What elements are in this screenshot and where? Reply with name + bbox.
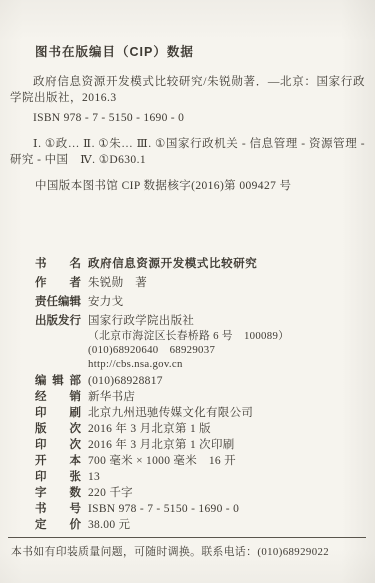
colophon-row-distributor: 经销 新华书店 bbox=[35, 390, 365, 405]
colophon-row-edition: 版次 2016 年 3 月北京第 1 版 bbox=[35, 422, 365, 437]
publisher-details: 国家行政学院出版社 （北京市海淀区长春桥路 6 号 100089） (010)6… bbox=[88, 313, 289, 371]
label-word-count: 字数 bbox=[35, 486, 81, 501]
value-format: 700 毫米 × 1000 毫米 16 开 bbox=[88, 454, 236, 469]
label-format: 开本 bbox=[35, 454, 81, 469]
label-printer: 印刷 bbox=[35, 406, 81, 421]
value-isbn: ISBN 978 - 7 - 5150 - 1690 - 0 bbox=[88, 502, 239, 517]
value-word-count: 220 千字 bbox=[88, 486, 133, 501]
value-sheets: 13 bbox=[88, 470, 100, 485]
cip-entry: 政府信息资源开发模式比较研究/朱锐勋著．—北京：国家行政学院出版社，2016.3 bbox=[10, 74, 365, 106]
colophon-row-author: 作者 朱锐勋 著 bbox=[35, 275, 365, 291]
publisher-phones: (010)68920640 68929037 bbox=[88, 343, 289, 357]
cip-data-block: 图书在版编目（CIP）数据 政府信息资源开发模式比较研究/朱锐勋著．—北京：国家… bbox=[10, 42, 365, 194]
value-price: 38.00 元 bbox=[88, 518, 130, 533]
publisher-url: http://cbs.nsa.gov.cn bbox=[88, 357, 289, 371]
colophon-row-price: 定价 38.00 元 bbox=[35, 518, 365, 533]
colophon-row-editorial-dept: 编辑部 (010)68928817 bbox=[35, 374, 365, 389]
quality-notice: 本书如有印装质量问题，可随时调换。联系电话：(010)68929022 bbox=[11, 544, 365, 559]
label-impression: 印次 bbox=[35, 438, 81, 453]
colophon-table: 书名 政府信息资源开发模式比较研究 作者 朱锐勋 著 责任编辑 安力戈 出版发行… bbox=[35, 256, 365, 533]
value-impression: 2016 年 3 月北京第 1 次印刷 bbox=[88, 438, 235, 453]
colophon-row-printer: 印刷 北京九州迅驰传媒文化有限公司 bbox=[35, 406, 365, 421]
label-isbn: 书号 bbox=[35, 502, 81, 517]
scanned-page: 图书在版编目（CIP）数据 政府信息资源开发模式比较研究/朱锐勋著．—北京：国家… bbox=[0, 0, 375, 583]
colophon-row-publisher: 出版发行 国家行政学院出版社 （北京市海淀区长春桥路 6 号 100089） (… bbox=[35, 313, 365, 371]
colophon-row-word-count: 字数 220 千字 bbox=[35, 486, 365, 501]
label-edition: 版次 bbox=[35, 422, 81, 437]
cip-record-number: 中国版本图书馆 CIP 数据核字(2016)第 009427 号 bbox=[35, 178, 365, 194]
value-editorial-dept: (010)68928817 bbox=[88, 374, 163, 389]
publisher-address: （北京市海淀区长春桥路 6 号 100089） bbox=[88, 329, 289, 343]
divider-line bbox=[8, 537, 366, 538]
label-sheets: 印张 bbox=[35, 470, 81, 485]
colophon-row-editor: 责任编辑 安力戈 bbox=[35, 294, 365, 310]
label-publisher: 出版发行 bbox=[35, 313, 81, 329]
value-printer: 北京九州迅驰传媒文化有限公司 bbox=[88, 406, 253, 421]
colophon-row-format: 开本 700 毫米 × 1000 毫米 16 开 bbox=[35, 454, 365, 469]
label-price: 定价 bbox=[35, 518, 81, 533]
label-editor: 责任编辑 bbox=[35, 294, 81, 310]
label-distributor: 经销 bbox=[35, 390, 81, 405]
colophon-row-impression: 印次 2016 年 3 月北京第 1 次印刷 bbox=[35, 438, 365, 453]
value-editor: 安力戈 bbox=[88, 294, 123, 310]
colophon-row-sheets: 印张 13 bbox=[35, 470, 365, 485]
value-publisher: 国家行政学院出版社 bbox=[88, 313, 289, 329]
cip-classification: Ⅰ. ①政… Ⅱ. ①朱… Ⅲ. ①国家行政机关 - 信息管理 - 资源管理 -… bbox=[10, 136, 365, 168]
colophon-row-isbn: 书号 ISBN 978 - 7 - 5150 - 1690 - 0 bbox=[35, 502, 365, 517]
label-author: 作者 bbox=[35, 275, 81, 291]
cip-heading: 图书在版编目（CIP）数据 bbox=[35, 42, 365, 60]
label-book-title: 书名 bbox=[35, 256, 81, 272]
value-author: 朱锐勋 著 bbox=[88, 275, 147, 291]
colophon-row-book-title: 书名 政府信息资源开发模式比较研究 bbox=[35, 256, 365, 272]
book-copyright-page: { "colors": { "page_bg": "#f6f4ee", "ink… bbox=[0, 0, 375, 583]
value-book-title: 政府信息资源开发模式比较研究 bbox=[88, 256, 257, 272]
cip-isbn: ISBN 978 - 7 - 5150 - 1690 - 0 bbox=[33, 110, 365, 126]
value-distributor: 新华书店 bbox=[88, 390, 135, 405]
value-edition: 2016 年 3 月北京第 1 版 bbox=[88, 422, 211, 437]
label-editorial-dept: 编辑部 bbox=[35, 374, 81, 389]
